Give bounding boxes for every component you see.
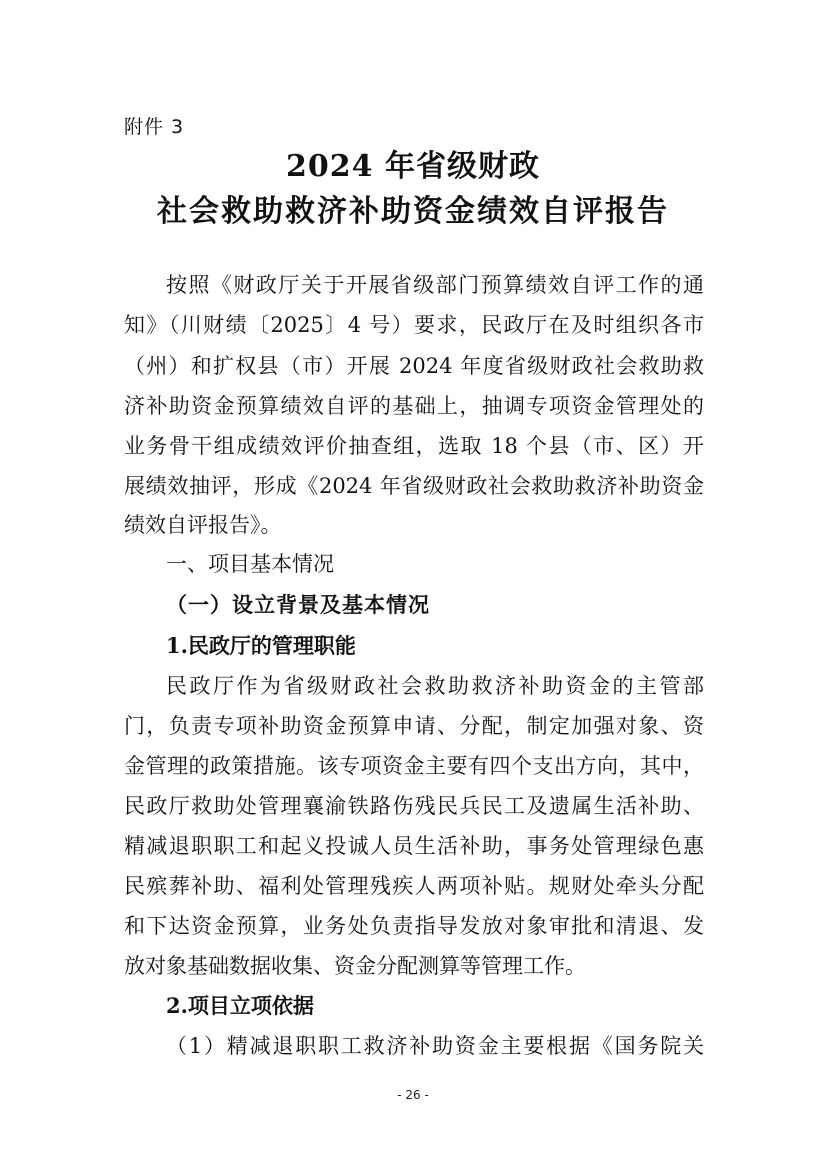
intro-paragraph-line: 业务骨干组成绩效评价抽查组，选取 18 个县（市、区）开 (124, 432, 704, 460)
intro-paragraph-line: 按照《财政厅关于开展省级部门预算绩效自评工作的通 (166, 271, 704, 299)
body-paragraph-line: 民殡葬补助、福利处管理残疾人两项补贴。规财处牵头分配 (124, 872, 704, 900)
intro-paragraph-line: （州）和扩权县（市）开展 2024 年度省级财政社会救助救 (124, 352, 704, 380)
document-title-line-2: 社会救助救济补助资金绩效自评报告 (0, 186, 826, 230)
intro-paragraph-line: 绩效自评报告》。 (124, 511, 704, 539)
body-paragraph-line: 金管理的政策措施。该专项资金主要有四个支出方向，其中， (124, 752, 704, 780)
body-paragraph-line: 民政厅作为省级财政社会救助救济补助资金的主管部 (166, 672, 704, 700)
section-heading: 一、项目基本情况 (166, 550, 334, 578)
body-paragraph-line: 放对象基础数据收集、资金分配测算等管理工作。 (124, 952, 704, 980)
intro-paragraph-line: 展绩效抽评，形成《2024 年省级财政社会救助救济补助资金 (124, 472, 704, 500)
body-paragraph-line: （1）精减退职职工救济补助资金主要根据《国务院关 (166, 1032, 704, 1060)
body-paragraph-line: 民政厅救助处管理襄渝铁路伤残民兵民工及遗属生活补助、 (124, 792, 704, 820)
attachment-label: 附件 3 (124, 112, 184, 139)
document-title-line-1: 2024 年省级财政 (0, 141, 826, 185)
document-page: 附件 3 2024 年省级财政 社会救助救济补助资金绩效自评报告 按照《财政厅关… (0, 0, 826, 1169)
item-heading: 2.项目立项依据 (166, 992, 314, 1020)
intro-paragraph-line: 知》（川财绩〔2025〕4 号）要求，民政厅在及时组织各市 (124, 311, 704, 339)
body-paragraph-line: 和下达资金预算，业务处负责指导发放对象审批和清退、发 (124, 912, 704, 940)
subsection-heading: （一）设立背景及基本情况 (166, 591, 430, 619)
body-paragraph-line: 门，负责专项补助资金预算申请、分配，制定加强对象、资 (124, 712, 704, 740)
body-paragraph-line: 精减退职职工和起义投诚人员生活补助，事务处管理绿色惠 (124, 832, 704, 860)
intro-paragraph-line: 济补助资金预算绩效自评的基础上，抽调专项资金管理处的 (124, 392, 704, 420)
page-number: - 26 - (0, 1088, 826, 1102)
item-heading: 1.民政厅的管理职能 (166, 632, 356, 660)
